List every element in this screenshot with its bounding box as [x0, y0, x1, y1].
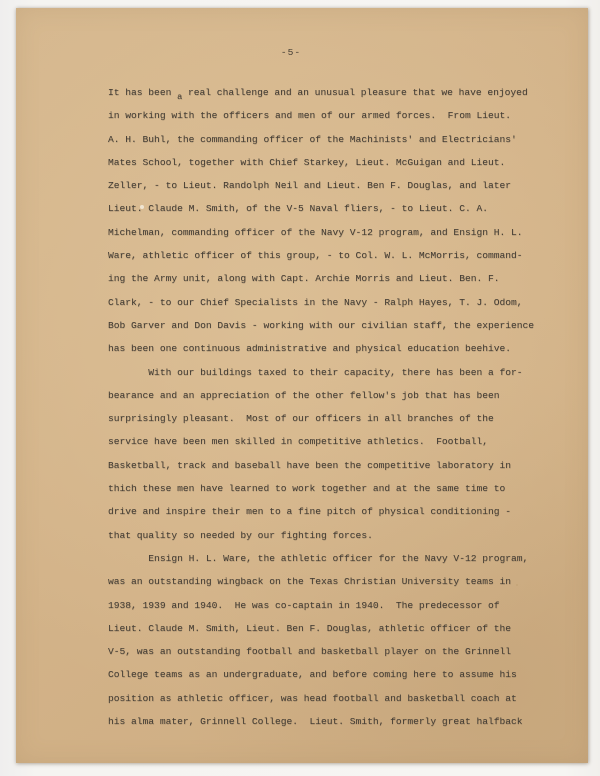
typed-line: was an outstanding wingback on the Texas… — [108, 570, 558, 593]
typed-line: drive and inspire their men to a fine pi… — [108, 500, 558, 523]
typed-line: has been one continuous administrative a… — [108, 337, 558, 360]
typed-line: Michelman, commanding officer of the Nav… — [108, 221, 558, 244]
typed-line: With our buildings taxed to their capaci… — [108, 361, 558, 384]
typed-line: Mates School, together with Chief Starke… — [108, 151, 558, 174]
typed-line: thich these men have learned to work tog… — [108, 477, 558, 500]
typed-line: surprisingly pleasant. Most of our offic… — [108, 407, 558, 430]
typed-line: Ware, athletic officer of this group, - … — [108, 244, 558, 267]
typed-line: Clark, - to our Chief Specialists in the… — [108, 291, 558, 314]
text-block: It has been a real challenge and an unus… — [108, 81, 558, 733]
page-number: -5- — [5, 47, 577, 58]
typed-line: V-5, was an outstanding football and bas… — [108, 640, 558, 663]
typed-line: his alma mater, Grinnell College. Lieut.… — [108, 710, 558, 733]
scan-background: -5- It has been a real challenge and an … — [0, 0, 600, 776]
paragraph: Ensign H. L. Ware, the athletic officer … — [108, 547, 558, 733]
typed-line: ing the Army unit, along with Capt. Arch… — [108, 267, 558, 290]
document-page: -5- It has been a real challenge and an … — [16, 8, 588, 763]
typed-line: service have been men skilled in competi… — [108, 430, 558, 453]
typed-line: Lieut. Claude M. Smith, of the V-5 Naval… — [108, 197, 558, 220]
paragraph: With our buildings taxed to their capaci… — [108, 361, 558, 547]
typed-line: College teams as an undergraduate, and b… — [108, 663, 558, 686]
typed-line: 1938, 1939 and 1940. He was co-captain i… — [108, 594, 558, 617]
paragraph: It has been a real challenge and an unus… — [108, 81, 558, 361]
typed-line: in working with the officers and men of … — [108, 104, 558, 127]
typed-line: that quality so needed by our fighting f… — [108, 524, 558, 547]
typed-line: Basketball, track and baseball have been… — [108, 454, 558, 477]
typed-line: position as athletic officer, was head f… — [108, 687, 558, 710]
typed-line: It has been a real challenge and an unus… — [108, 81, 558, 104]
typed-line: A. H. Buhl, the commanding officer of th… — [108, 128, 558, 151]
typed-char-subscript: a — [177, 92, 182, 102]
typed-line: Lieut. Claude M. Smith, Lieut. Ben F. Do… — [108, 617, 558, 640]
typed-line: Zeller, - to Lieut. Randolph Neil and Li… — [108, 174, 558, 197]
typed-line: Ensign H. L. Ware, the athletic officer … — [108, 547, 558, 570]
typed-line: bearance and an appreciation of the othe… — [108, 384, 558, 407]
typed-line: Bob Garver and Don Davis - working with … — [108, 314, 558, 337]
